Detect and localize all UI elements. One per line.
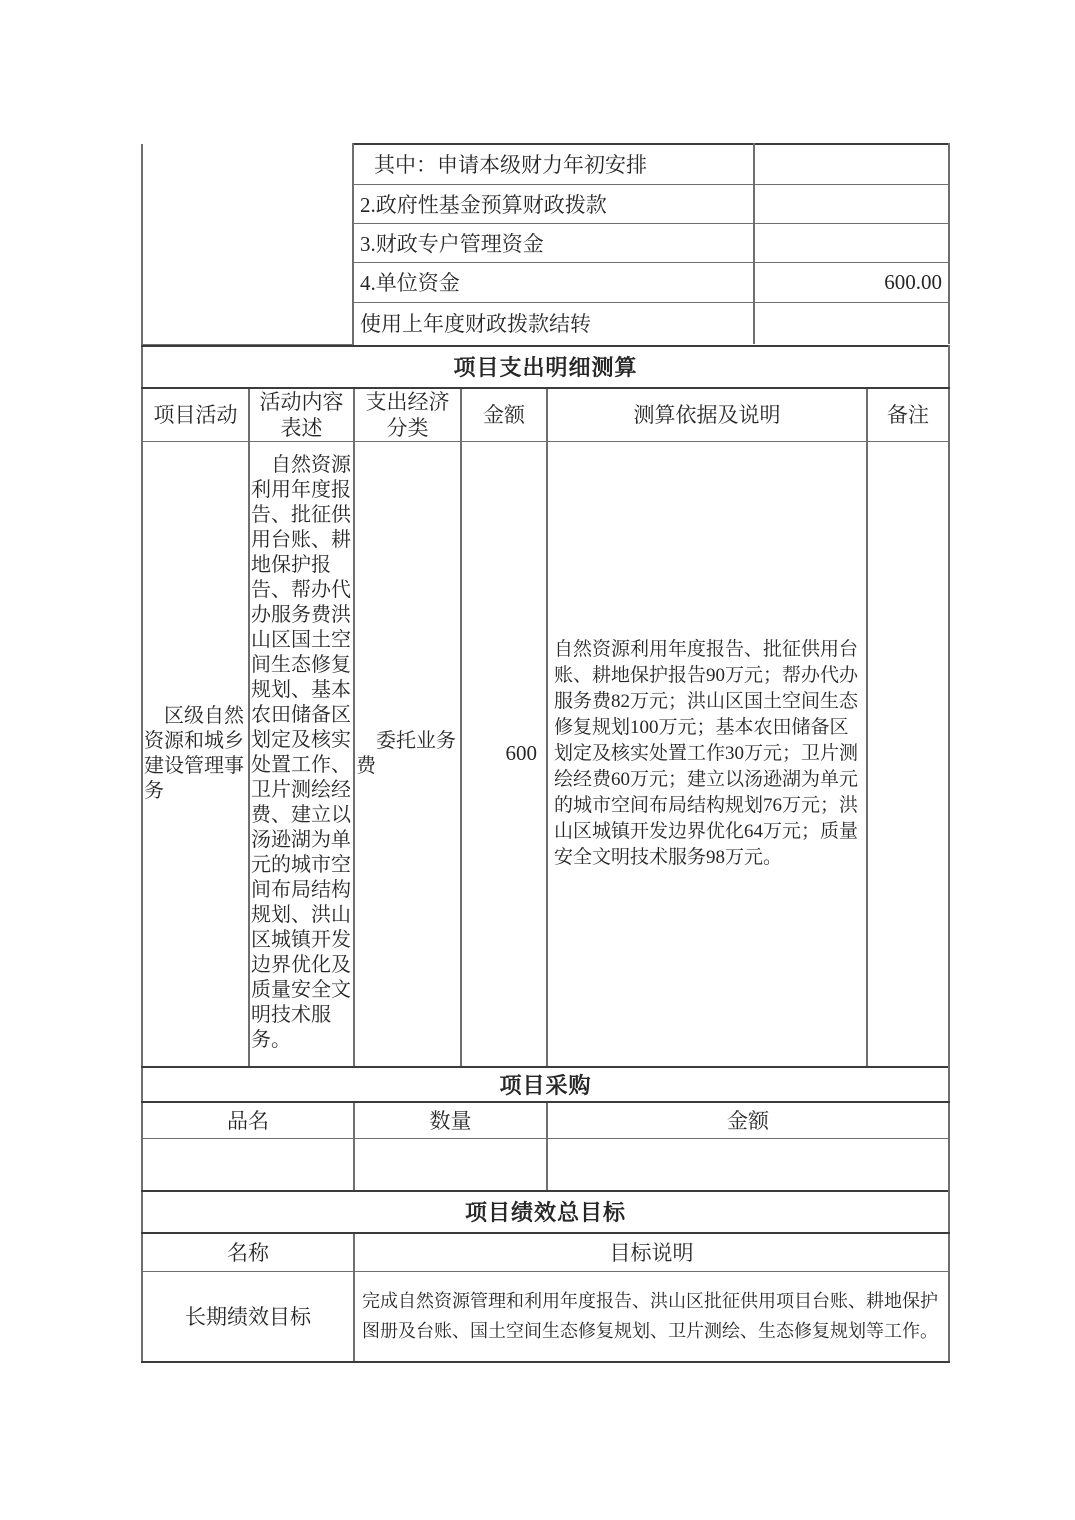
cell-goal-description: 完成自然资源管理和利用年度报告、洪山区批征供用项目台账、耕地保护图册及台账、国土… [354, 1272, 949, 1362]
col-header-calculation-basis: 测算依据及说明 [547, 388, 867, 442]
table-row: 项目活动 活动内容表述 支出经济分类 金额 测算依据及说明 备注 [142, 388, 949, 442]
table-row: 品名 数量 金额 [142, 1102, 949, 1139]
funding-label-carryover-prior-year: 使用上年度财政拨款结转 [353, 302, 754, 344]
cell-goal-name: 长期绩效目标 [142, 1272, 354, 1362]
col-header-project-activity: 项目活动 [142, 388, 249, 442]
table-row: 名称 目标说明 [142, 1233, 949, 1272]
funding-left-empty-cell [142, 144, 353, 344]
col-header-amount: 金额 [461, 388, 547, 442]
cell-remarks [867, 442, 949, 1066]
budget-table-document: 其中：申请本级财力年初安排 2.政府性基金预算财政拨款 3.财政专户管理资金 4… [141, 143, 948, 1363]
expense-detail-table: 项目支出明细测算 项目活动 活动内容表述 支出经济分类 金额 测算依据及说明 备… [141, 345, 950, 1066]
funding-value-fiscal-account-funds [754, 223, 949, 262]
table-row [142, 1139, 949, 1190]
col-header-quantity: 数量 [354, 1102, 547, 1139]
section-title-procurement: 项目采购 [142, 1067, 949, 1102]
funding-value-carryover-prior-year [754, 302, 949, 344]
cell-procurement-amount [547, 1139, 949, 1190]
performance-goal-table: 项目绩效总目标 名称 目标说明 长期绩效目标 完成自然资源管理和利用年度报告、洪… [141, 1190, 950, 1363]
cell-project-activity: 区级自然资源和城乡建设管理事务 [142, 442, 249, 1066]
table-row: 长期绩效目标 完成自然资源管理和利用年度报告、洪山区批征供用项目台账、耕地保护图… [142, 1272, 949, 1362]
col-header-item-name: 品名 [142, 1102, 354, 1139]
funding-value-local-initial-arrangement [754, 144, 949, 184]
section-title-performance-goal: 项目绩效总目标 [142, 1191, 949, 1233]
col-header-expense-category: 支出经济分类 [354, 388, 461, 442]
funding-label-gov-fund-budget: 2.政府性基金预算财政拨款 [353, 184, 754, 223]
procurement-table: 项目采购 品名 数量 金额 [141, 1066, 950, 1190]
funding-value-gov-fund-budget [754, 184, 949, 223]
col-header-goal-description: 目标说明 [354, 1233, 949, 1272]
cell-expense-category: 委托业务费 [354, 442, 461, 1066]
funding-label-unit-funds: 4.单位资金 [353, 262, 754, 302]
funding-source-table: 其中：申请本级财力年初安排 2.政府性基金预算财政拨款 3.财政专户管理资金 4… [141, 143, 950, 345]
table-row: 项目支出明细测算 [142, 346, 949, 388]
funding-value-unit-funds: 600.00 [754, 262, 949, 302]
funding-label-local-initial-arrangement: 其中：申请本级财力年初安排 [353, 144, 754, 184]
cell-amount: 600 [461, 442, 547, 1066]
table-row: 项目采购 [142, 1067, 949, 1102]
cell-calculation-basis: 自然资源利用年度报告、批征供用台账、耕地保护报告90万元；帮办代办服务费82万元… [547, 442, 867, 1066]
col-header-activity-content: 活动内容表述 [249, 388, 354, 442]
col-header-procurement-amount: 金额 [547, 1102, 949, 1139]
table-row: 区级自然资源和城乡建设管理事务 自然资源利用年度报告、批征供用台账、耕地保护报告… [142, 442, 949, 1066]
funding-label-fiscal-account-funds: 3.财政专户管理资金 [353, 223, 754, 262]
cell-quantity [354, 1139, 547, 1190]
section-title-expense-detail: 项目支出明细测算 [142, 346, 949, 388]
cell-activity-content: 自然资源利用年度报告、批征供用台账、耕地保护报告、帮办代办服务费洪山区国土空间生… [249, 442, 354, 1066]
cell-item-name [142, 1139, 354, 1190]
document-page: 其中：申请本级财力年初安排 2.政府性基金预算财政拨款 3.财政专户管理资金 4… [0, 0, 1075, 1520]
col-header-goal-name: 名称 [142, 1233, 354, 1272]
table-row: 项目绩效总目标 [142, 1191, 949, 1233]
table-row: 其中：申请本级财力年初安排 [142, 144, 949, 184]
col-header-remarks: 备注 [867, 388, 949, 442]
